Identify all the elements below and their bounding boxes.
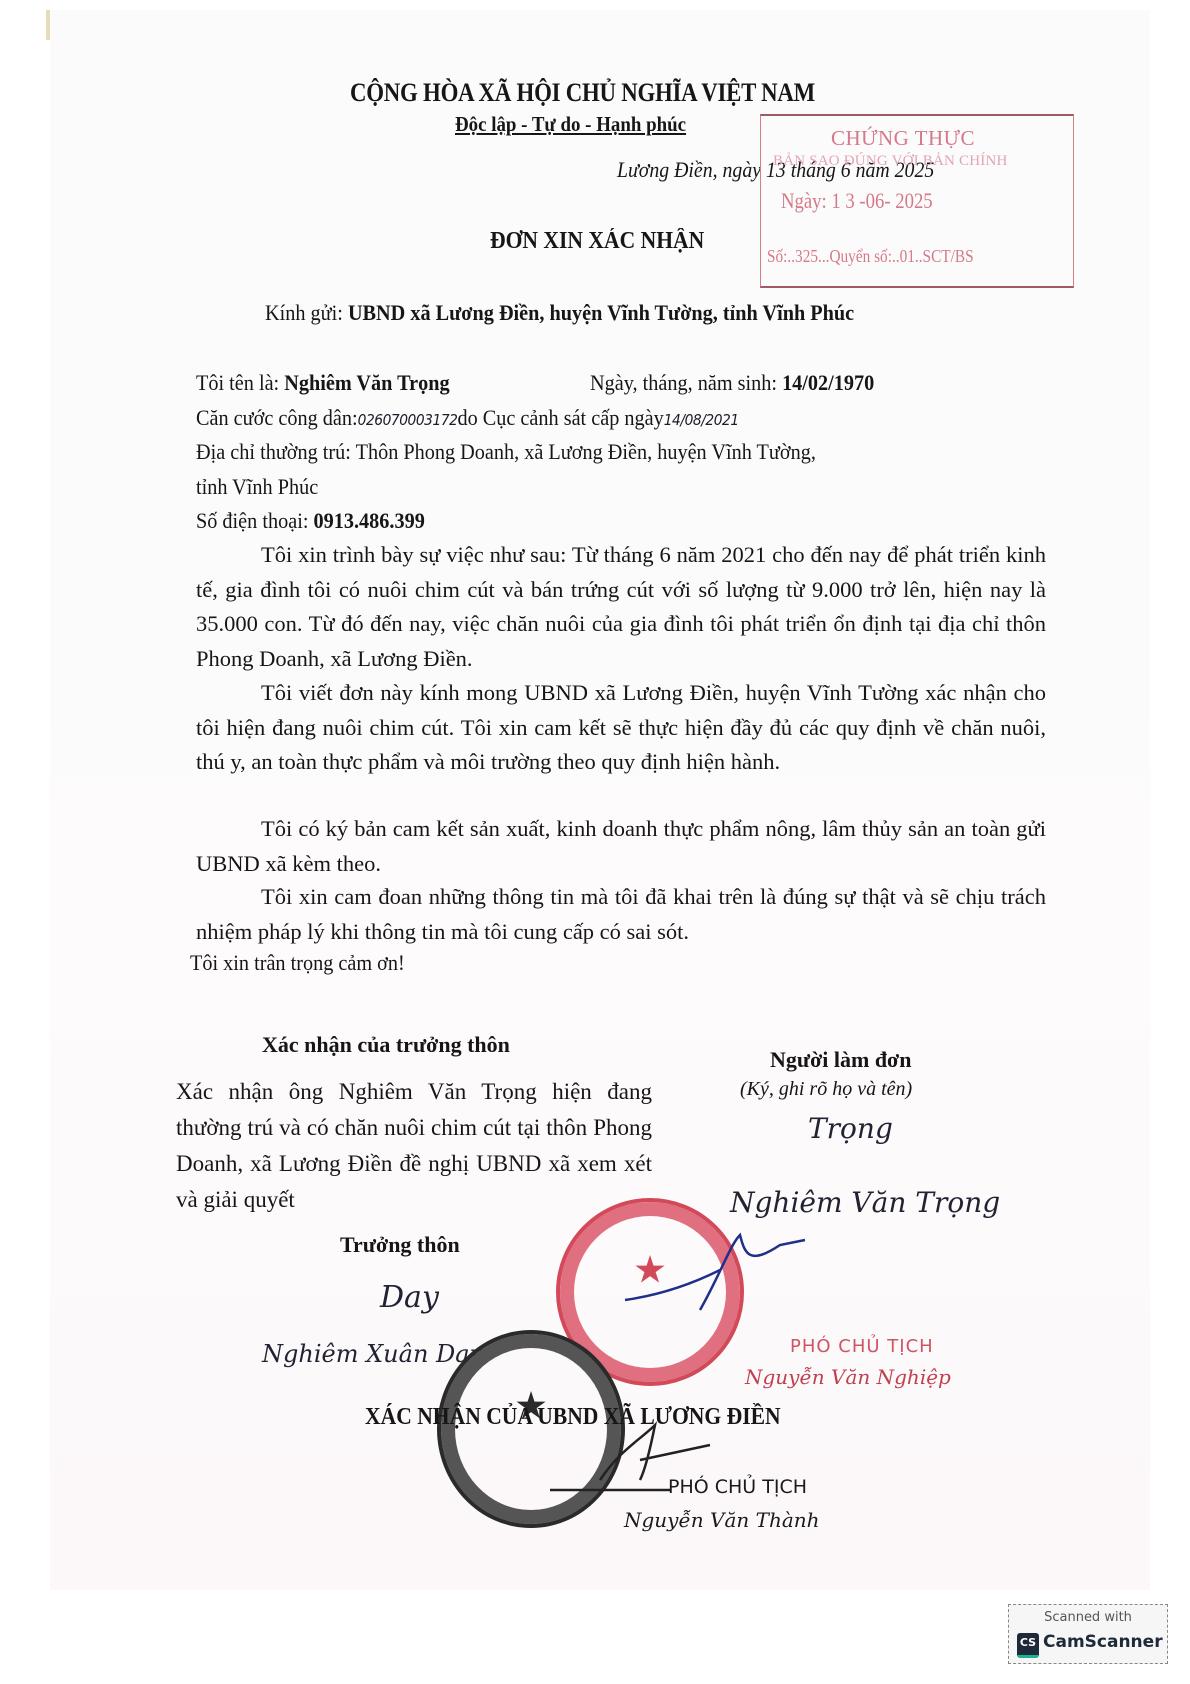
- village-head-role: Trưởng thôn: [340, 1232, 460, 1258]
- id-date-handwritten: 14/08/2021: [664, 411, 739, 429]
- document-title: ĐƠN XIN XÁC NHẬN: [490, 228, 704, 255]
- id-line: Căn cước công dân:026070003172do Cục cản…: [196, 405, 739, 431]
- applicant-dob: 14/02/1970: [782, 370, 874, 395]
- dob-label: Ngày, tháng, năm sinh:: [590, 370, 782, 395]
- phone-value: 0913.486.399: [314, 508, 425, 533]
- id-label: Căn cước công dân:: [196, 405, 358, 430]
- body-paragraph: Tôi có ký bản cam kết sản xuất, kinh doa…: [196, 812, 1046, 881]
- body-paragraph: Tôi xin trình bày sự việc như sau: Từ th…: [196, 538, 1046, 676]
- body-paragraph: Tôi xin cam đoan những thông tin mà tôi …: [196, 880, 1046, 949]
- recipient-value: UBND xã Lương Điền, huyện Vĩnh Tường, tỉ…: [348, 300, 854, 325]
- certification-stamp-title: CHỨNG THỰC: [831, 126, 975, 151]
- village-confirmation-title: Xác nhận của trưởng thôn: [262, 1032, 510, 1058]
- id-number-handwritten: 026070003172: [358, 411, 458, 429]
- applicant-name: Nghiêm Văn Trọng: [284, 370, 449, 395]
- applicant-signature-title: Người làm đơn: [770, 1047, 911, 1073]
- commune-signer-name: Nguyễn Văn Thành: [624, 1508, 820, 1532]
- name-label: Tôi tên là:: [196, 370, 284, 395]
- id-issuer: do Cục cảnh sát cấp ngày: [457, 405, 663, 430]
- applicant-signature-subtitle: (Ký, ghi rõ họ và tên): [740, 1078, 912, 1101]
- recipient-line: Kính gửi: UBND xã Lương Điền, huyện Vĩnh…: [265, 300, 854, 326]
- camscanner-logo-icon: CS: [1017, 1633, 1039, 1658]
- certification-stamp-subtitle: BẢN SAO ĐÚNG VỚI BẢN CHÍNH: [773, 153, 1008, 170]
- certification-stamp: CHỨNG THỰC BẢN SAO ĐÚNG VỚI BẢN CHÍNH Ng…: [760, 114, 1074, 288]
- applicant-name-handwritten: Nghiêm Văn Trọng: [730, 1186, 1000, 1219]
- certification-stamp-number: Số:..325...Quyển số:..01..SCT/BS: [767, 246, 974, 267]
- village-head-name-handwritten: Nghiêm Xuân Day: [262, 1340, 483, 1368]
- camscanner-watermark: Scanned with CS CamScanner: [1008, 1604, 1168, 1664]
- closing-line: Tôi xin trân trọng cảm ơn!: [190, 950, 405, 976]
- dob-line: Ngày, tháng, năm sinh: 14/02/1970: [590, 370, 874, 396]
- address-line: Địa chỉ thường trú: Thôn Phong Doanh, xã…: [196, 439, 816, 465]
- body-paragraph: Tôi viết đơn này kính mong UBND xã Lương…: [196, 676, 1046, 780]
- red-seal-signer-name: Nguyễn Văn Nghiệp: [745, 1365, 951, 1389]
- certification-stamp-date: Ngày: 1 3 -06- 2025: [781, 188, 933, 214]
- village-confirmation-text: Xác nhận ông Nghiêm Văn Trọng hiện đang …: [176, 1074, 652, 1218]
- village-head-signature: Day: [380, 1280, 439, 1315]
- watermark-brand: CamScanner: [1043, 1632, 1163, 1652]
- commune-signer-role: PHÓ CHỦ TỊCH: [668, 1476, 807, 1498]
- phone-line: Số điện thoại: 0913.486.399: [196, 508, 425, 534]
- address-label: Địa chỉ thường trú:: [196, 439, 356, 464]
- phone-label: Số điện thoại:: [196, 508, 314, 533]
- address-line-2: tỉnh Vĩnh Phúc: [196, 474, 318, 500]
- applicant-signature: Trọng: [808, 1112, 893, 1145]
- red-seal-role: PHÓ CHỦ TỊCH: [790, 1336, 934, 1357]
- national-title: CỘNG HÒA XÃ HỘI CHỦ NGHĨA VIỆT NAM: [350, 78, 815, 108]
- red-seal-signature-stroke: [620, 1225, 810, 1315]
- watermark-caption: Scanned with: [1009, 1610, 1167, 1625]
- address-value: Thôn Phong Doanh, xã Lương Điền, huyện V…: [356, 439, 816, 464]
- national-motto: Độc lập - Tự do - Hạnh phúc: [455, 112, 686, 137]
- recipient-label: Kính gửi:: [265, 300, 348, 325]
- applicant-name-line: Tôi tên là: Nghiêm Văn Trọng: [196, 370, 450, 396]
